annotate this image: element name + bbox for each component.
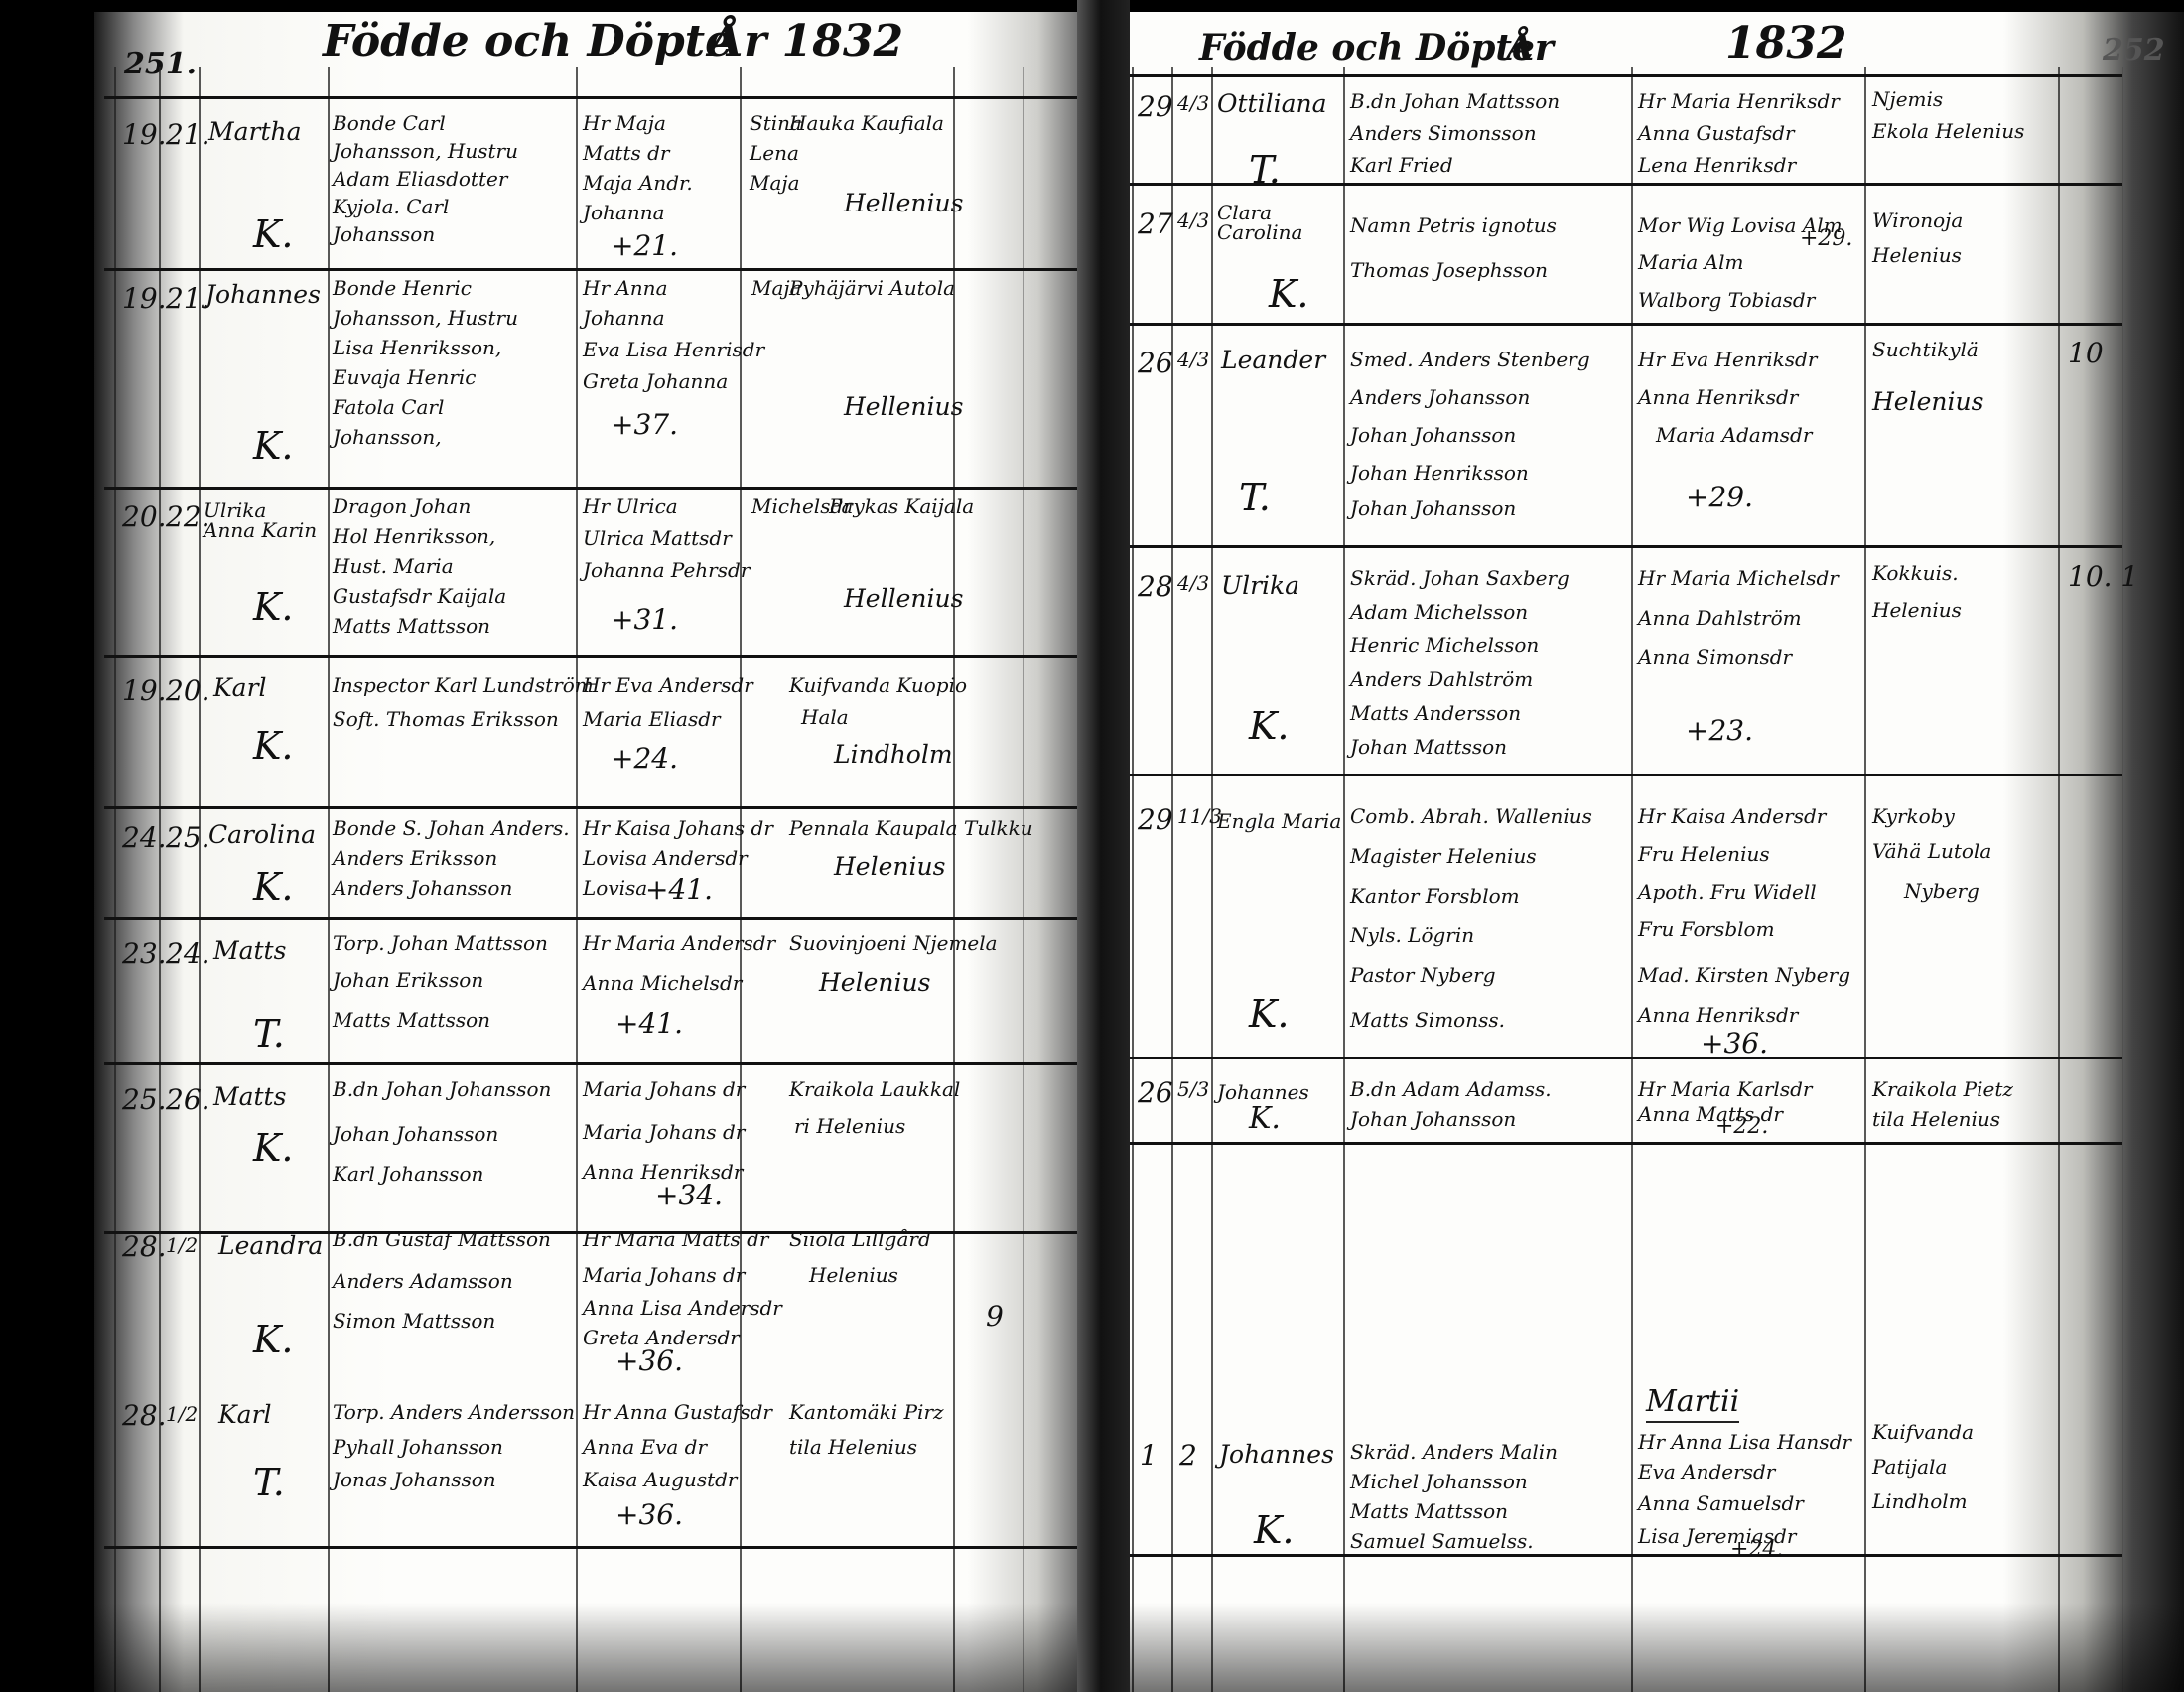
residence-line: Njemis	[1872, 89, 1943, 109]
parent-line: Hol Henriksson,	[333, 526, 495, 546]
child-name: Martha	[208, 119, 302, 144]
priest-name: Lindholm	[834, 742, 953, 767]
parent-line: Johan Eriksson	[333, 970, 483, 990]
child-name: Matts	[213, 1084, 286, 1109]
priest-name: Helenius	[819, 970, 930, 995]
age-note: +24.	[611, 745, 678, 773]
margin-note: 10	[2068, 340, 2104, 367]
baptism-day: 24.	[166, 940, 210, 968]
witness-line: Maria Adamsdr	[1656, 425, 1812, 445]
sex-marker: K.	[253, 868, 293, 906]
witness-line: Eva Andersdr	[1638, 1462, 1775, 1481]
baptism-day: 25.	[166, 824, 210, 852]
child-name: Johannes	[1217, 1082, 1309, 1102]
parent-line: Johansson, Hustru	[333, 141, 518, 161]
sex-marker: T.	[253, 1015, 285, 1053]
baptism-day: 4/3	[1177, 211, 1209, 230]
witness-line: Lovisa Andersdr	[583, 848, 748, 868]
baptism-day: 21.	[166, 285, 210, 313]
baptism-day: 4/3	[1177, 573, 1209, 593]
sex-marker: K.	[1269, 275, 1308, 313]
parent-line: Matts Mattsson	[333, 616, 490, 635]
parent-line: Gustafsdr Kaijala	[333, 586, 506, 606]
witness-line: Anna Dahlström	[1638, 608, 1802, 628]
witness-line: Lena Henriksdr	[1638, 155, 1796, 175]
parent-line: Anders Johansson	[333, 878, 512, 898]
margin-note: 9	[986, 1303, 1004, 1331]
witness-line: Maria Alm	[1638, 252, 1743, 272]
witness-line: Hr Anna	[583, 278, 668, 298]
witness-line: Maria Johans dr	[583, 1265, 745, 1285]
margin-note: 10. 1	[2068, 563, 2138, 591]
baptism-day: 21.	[166, 121, 210, 149]
baptism-day: 26.	[166, 1086, 210, 1114]
parent-line: Hust. Maria	[333, 556, 454, 576]
age-note: +41.	[645, 876, 713, 904]
witness-line: Greta Johanna	[583, 371, 728, 391]
sex-marker: T.	[253, 1464, 285, 1501]
witness-line: Anna Henriksdr	[1638, 387, 1798, 407]
parent-line: Bonde Henric	[333, 278, 472, 298]
residence-line: Kuifvanda	[1872, 1422, 1974, 1442]
witness-line: Ulrica Mattsdr	[583, 528, 732, 548]
parent-line: Magister Helenius	[1350, 846, 1537, 866]
residence-line: Pennala Kaupala Tulkku	[789, 818, 1033, 838]
age-note: +37.	[611, 411, 678, 439]
child-name: Carolina	[208, 822, 316, 847]
witness-line: Johanna	[583, 203, 665, 222]
parent-line: Karl Fried	[1350, 155, 1453, 175]
witness-line: Walborg Tobiasdr	[1638, 290, 1815, 310]
parent-line: Skräd. Anders Malin	[1350, 1442, 1558, 1462]
witness-line: Hr Maria Matts dr	[583, 1229, 768, 1249]
parent-line: Adam Michelsson	[1350, 602, 1528, 622]
baptism-day: 5/3	[1177, 1079, 1209, 1099]
month-heading: Martii	[1646, 1387, 1739, 1423]
priest-name: Helenius	[1872, 245, 1962, 265]
parent-line: Matts Simonss.	[1350, 1010, 1505, 1030]
child-name: Johannes	[1219, 1442, 1334, 1467]
witness-line: Anna Gustafsdr	[1638, 123, 1795, 143]
page-number: 252	[2103, 36, 2165, 66]
parent-line: Euvaja Henric	[333, 367, 477, 387]
parent-line: Skräd. Johan Saxberg	[1350, 568, 1570, 588]
parent-line: Johan Johansson	[1350, 1109, 1516, 1129]
parent-line: Namn Petris ignotus	[1350, 215, 1557, 235]
birth-day: 23.	[122, 940, 167, 968]
residence-line: Vähä Lutola	[1872, 841, 1991, 861]
birth-day: 29	[1138, 93, 1173, 121]
residence-line: Ekola Helenius	[1872, 121, 2024, 141]
birth-day: 26	[1138, 1079, 1173, 1107]
age-note: +21.	[611, 232, 678, 260]
witness-line: Maria Johans dr	[583, 1079, 745, 1099]
residence-line: Hala	[801, 707, 849, 727]
child-name: Matts	[213, 938, 286, 963]
priest-name: Hellenius	[844, 394, 963, 419]
baptism-day: 11/3	[1177, 806, 1222, 826]
birth-day: 24.	[122, 824, 167, 852]
parent-line: Johan Henriksson	[1350, 463, 1529, 483]
page-title: Födde och Döpte	[1199, 30, 1535, 66]
priest-name: Helenius	[834, 854, 945, 879]
baptism-day: 2	[1179, 1442, 1197, 1470]
birth-day: 28	[1138, 573, 1173, 601]
sex-marker: K.	[253, 1321, 293, 1358]
parent-line: Smed. Anders Stenberg	[1350, 350, 1590, 369]
parent-line: Kyjola. Carl	[333, 197, 449, 216]
parent-line: Soft. Thomas Eriksson	[333, 709, 559, 729]
parent-line: Henric Michelsson	[1350, 635, 1539, 655]
parent-line: Anders Adamsson	[333, 1271, 513, 1291]
child-name: Leandra	[218, 1233, 323, 1258]
parent-line: Pastor Nyberg	[1350, 965, 1496, 985]
parent-line: Matts Mattsson	[333, 1010, 490, 1030]
sex-marker: K.	[1249, 995, 1289, 1033]
parent-line: Anders Eriksson	[333, 848, 497, 868]
age-note: +23.	[1686, 717, 1753, 745]
parent-line: B.dn Adam Adamss.	[1350, 1079, 1552, 1099]
child-name: Karl	[218, 1402, 272, 1427]
parent-line: B.dn Johan Mattsson	[1350, 91, 1560, 111]
witness-line: Matts dr	[583, 143, 669, 163]
child-name: Karl	[213, 675, 267, 700]
birth-day: 28.	[122, 1233, 167, 1261]
sex-marker: K.	[253, 427, 293, 465]
age-note: +34.	[655, 1182, 723, 1209]
birth-day: 19.	[122, 121, 167, 149]
residence-line: Siiola Lillgård	[789, 1229, 931, 1249]
priest-name: Nyberg	[1904, 881, 1979, 901]
book-spine	[1077, 0, 1130, 1692]
witness-line: Mad. Kirsten Nyberg	[1638, 965, 1850, 985]
parent-line: Anders Dahlström	[1350, 669, 1533, 689]
witness-line: Hr Anna Gustafsdr	[583, 1402, 772, 1422]
sex-marker: K.	[253, 1129, 293, 1167]
residence-line: Kuifvanda Kuopio	[789, 675, 967, 695]
sex-marker: T.	[1249, 151, 1281, 189]
residence-line: Kyrkoby	[1872, 806, 1955, 826]
witness-line: Hr Kaisa Andersdr	[1638, 806, 1826, 826]
birth-day: 20.	[122, 503, 167, 531]
witness-line: Maja	[750, 173, 800, 193]
parent-line: Torp. Johan Mattsson	[333, 933, 548, 953]
residence-line: Pyhäjärvi Autola	[789, 278, 955, 298]
witness-line: Anna Eva dr	[583, 1437, 707, 1457]
parent-line: Anders Johansson	[1350, 387, 1530, 407]
witness-line: Maria Johans dr	[583, 1122, 745, 1142]
age-note: +36.	[1701, 1030, 1768, 1057]
parent-line: Pyhall Johansson	[333, 1437, 503, 1457]
parent-line: Johan Johansson	[1350, 425, 1516, 445]
sex-marker: K.	[253, 215, 293, 253]
age-note: +41.	[615, 1010, 683, 1038]
witness-line: Hr Eva Andersdr	[583, 675, 753, 695]
witness-line: Maja Andr.	[583, 173, 693, 193]
age-note: +29.	[1686, 484, 1753, 511]
parent-line: Karl Johansson	[333, 1164, 483, 1184]
priest-name: Hellenius	[844, 191, 963, 215]
witness-line: Anna Simonsdr	[1638, 647, 1792, 667]
birth-day: 1	[1140, 1442, 1158, 1470]
parent-line: Johan Johansson	[1350, 498, 1516, 518]
page-year: År 1832	[710, 20, 903, 64]
child-name: Ottiliana	[1217, 91, 1327, 116]
witness-line: Anna Samuelsdr	[1638, 1493, 1804, 1513]
parent-line: Kantor Forsblom	[1350, 886, 1520, 906]
age-note: +31.	[611, 606, 678, 634]
parent-line: Matts Mattsson	[1350, 1501, 1508, 1521]
baptism-day: 4/3	[1177, 93, 1209, 113]
witness-line: Hr Maria Henriksdr	[1638, 91, 1840, 111]
priest-name: Helenius	[1872, 600, 1962, 620]
parent-line: Matts Andersson	[1350, 703, 1521, 723]
baptism-day: 1/2	[166, 1235, 198, 1255]
parent-line: Torp. Anders Andersson	[333, 1402, 575, 1422]
parent-line: Johan Johansson	[333, 1124, 498, 1144]
parent-line: Dragon Johan	[333, 496, 471, 516]
priest-name: Helenius	[1872, 389, 1983, 414]
parent-line: Anders Simonsson	[1350, 123, 1537, 143]
witness-line: Hr Kaisa Johans dr	[583, 818, 773, 838]
parent-line: Inspector Karl Lundström	[333, 675, 594, 695]
birth-day: 19.	[122, 285, 167, 313]
residence-line: tila Helenius	[789, 1437, 917, 1457]
age-note: +24.	[1730, 1539, 1783, 1561]
parent-line: Comb. Abrah. Wallenius	[1350, 806, 1592, 826]
sex-marker: K.	[1249, 1104, 1281, 1134]
baptism-day: 20.	[166, 677, 210, 705]
age-note: +22.	[1715, 1116, 1768, 1138]
residence-line: Kantomäki Pirz	[789, 1402, 944, 1422]
witness-line: Apoth. Fru Widell	[1638, 882, 1817, 902]
age-note: +36.	[615, 1501, 683, 1529]
witness-line: Hr Maria Karlsdr	[1638, 1079, 1812, 1099]
witness-line: Lena	[750, 143, 799, 163]
birth-day: 27	[1138, 211, 1173, 238]
sex-marker: K.	[253, 588, 293, 626]
residence-line: Kraikola Laukkal	[789, 1079, 960, 1099]
residence-line: Hauka Kaufiala	[789, 113, 944, 133]
age-note: +29.	[1800, 228, 1852, 250]
parent-line: Jonas Johansson	[333, 1470, 496, 1489]
residence-line: Patijala	[1872, 1457, 1947, 1477]
parent-line: B.dn Gustaf Mattsson	[333, 1229, 551, 1249]
witness-line: Hr Maria Andersdr	[583, 933, 775, 953]
sex-marker: K.	[1254, 1511, 1294, 1549]
child-name: Johannes	[205, 282, 321, 307]
parent-line: Johan Mattsson	[1350, 737, 1507, 757]
parent-line: Johansson, Hustru	[333, 308, 518, 328]
birth-day: 25.	[122, 1086, 167, 1114]
parent-line: Johansson	[333, 224, 435, 244]
parent-line: Samuel Samuelss.	[1350, 1531, 1534, 1551]
parent-line: Lisa Henriksson,	[333, 338, 501, 357]
sex-marker: K.	[1249, 707, 1289, 745]
parent-line: Johansson,	[333, 427, 442, 447]
residence-line: Kraikola Pietz	[1872, 1079, 2013, 1099]
witness-line: Hr Eva Henriksdr	[1638, 350, 1817, 369]
priest-name: ri Helenius	[794, 1116, 905, 1136]
witness-line: Anna Lisa Andersdr	[583, 1298, 782, 1318]
parent-line: Adam Eliasdotter	[333, 169, 507, 189]
child-name: Engla Maria	[1217, 811, 1341, 831]
page-title: Födde och Döpte	[323, 20, 733, 64]
birth-day: 29	[1138, 806, 1173, 834]
child-name: Leander	[1221, 348, 1325, 372]
residence-line: Kokkuis.	[1872, 563, 1959, 583]
residence-line: Paykas Kaijala	[829, 496, 974, 516]
priest-name: Helenius	[809, 1265, 898, 1285]
parent-line: B.dn Johan Johansson	[333, 1079, 551, 1099]
child-name: Ulrika	[1221, 573, 1299, 598]
witness-line: Fru Helenius	[1638, 844, 1770, 864]
parent-line: Simon Mattsson	[333, 1311, 495, 1331]
witness-line: Hr Maria Michelsdr	[1638, 568, 1839, 588]
witness-line: Lovisa	[583, 878, 647, 898]
witness-line: Hr Maja	[583, 113, 666, 133]
witness-line: Anna Henriksdr	[1638, 1005, 1798, 1025]
residence-line: Suchtikylä	[1872, 340, 1979, 359]
witness-line: Johanna	[583, 308, 665, 328]
witness-line: Johanna Pehrsdr	[583, 560, 750, 580]
sex-marker: K.	[253, 727, 293, 765]
child-name: Ulrika Anna Karin	[204, 500, 323, 540]
parent-line: Bonde Carl	[333, 113, 446, 133]
page-year: 1832	[1725, 22, 1846, 66]
parent-line: Fatola Carl	[333, 397, 444, 417]
residence-line: Wironoja	[1872, 211, 1963, 230]
witness-line: Fru Forsblom	[1638, 919, 1775, 939]
witness-line: Eva Lisa Henrisdr	[583, 340, 764, 359]
residence-line: Suovinjoeni Njemela	[789, 933, 998, 953]
witness-line: Anna Michelsdr	[583, 973, 742, 993]
right-page: Födde och Döpte År 1832 252 29 4/3 Ottil…	[1130, 12, 2184, 1692]
priest-name: Lindholm	[1872, 1491, 1968, 1511]
age-note: +36.	[615, 1347, 683, 1375]
page-year-label: År	[1507, 30, 1554, 66]
witness-line: Kaisa Augustdr	[583, 1470, 737, 1489]
parent-line: Thomas Josephsson	[1350, 260, 1548, 280]
witness-line: Hr Anna Lisa Hansdr	[1638, 1432, 1851, 1452]
birth-day: 28.	[122, 1402, 167, 1430]
parent-line: Nyls. Lögrin	[1350, 925, 1474, 945]
left-page: 251. Födde och Döpte År 1832 19. 21. Mar…	[94, 12, 1077, 1692]
baptism-day: 1/2	[166, 1404, 198, 1424]
baptism-day: 4/3	[1177, 350, 1209, 369]
sex-marker: T.	[1239, 479, 1271, 516]
child-name: Clara Carolina	[1217, 203, 1326, 242]
witness-line: Maria Eliasdr	[583, 709, 721, 729]
priest-name: Hellenius	[844, 586, 963, 611]
residence-line: tila Helenius	[1872, 1109, 2000, 1129]
birth-day: 26	[1138, 350, 1173, 377]
parent-line: Bonde S. Johan Anders.	[333, 818, 570, 838]
birth-day: 19.	[122, 677, 167, 705]
witness-line: Hr Ulrica	[583, 496, 678, 516]
parent-line: Michel Johansson	[1350, 1472, 1528, 1491]
